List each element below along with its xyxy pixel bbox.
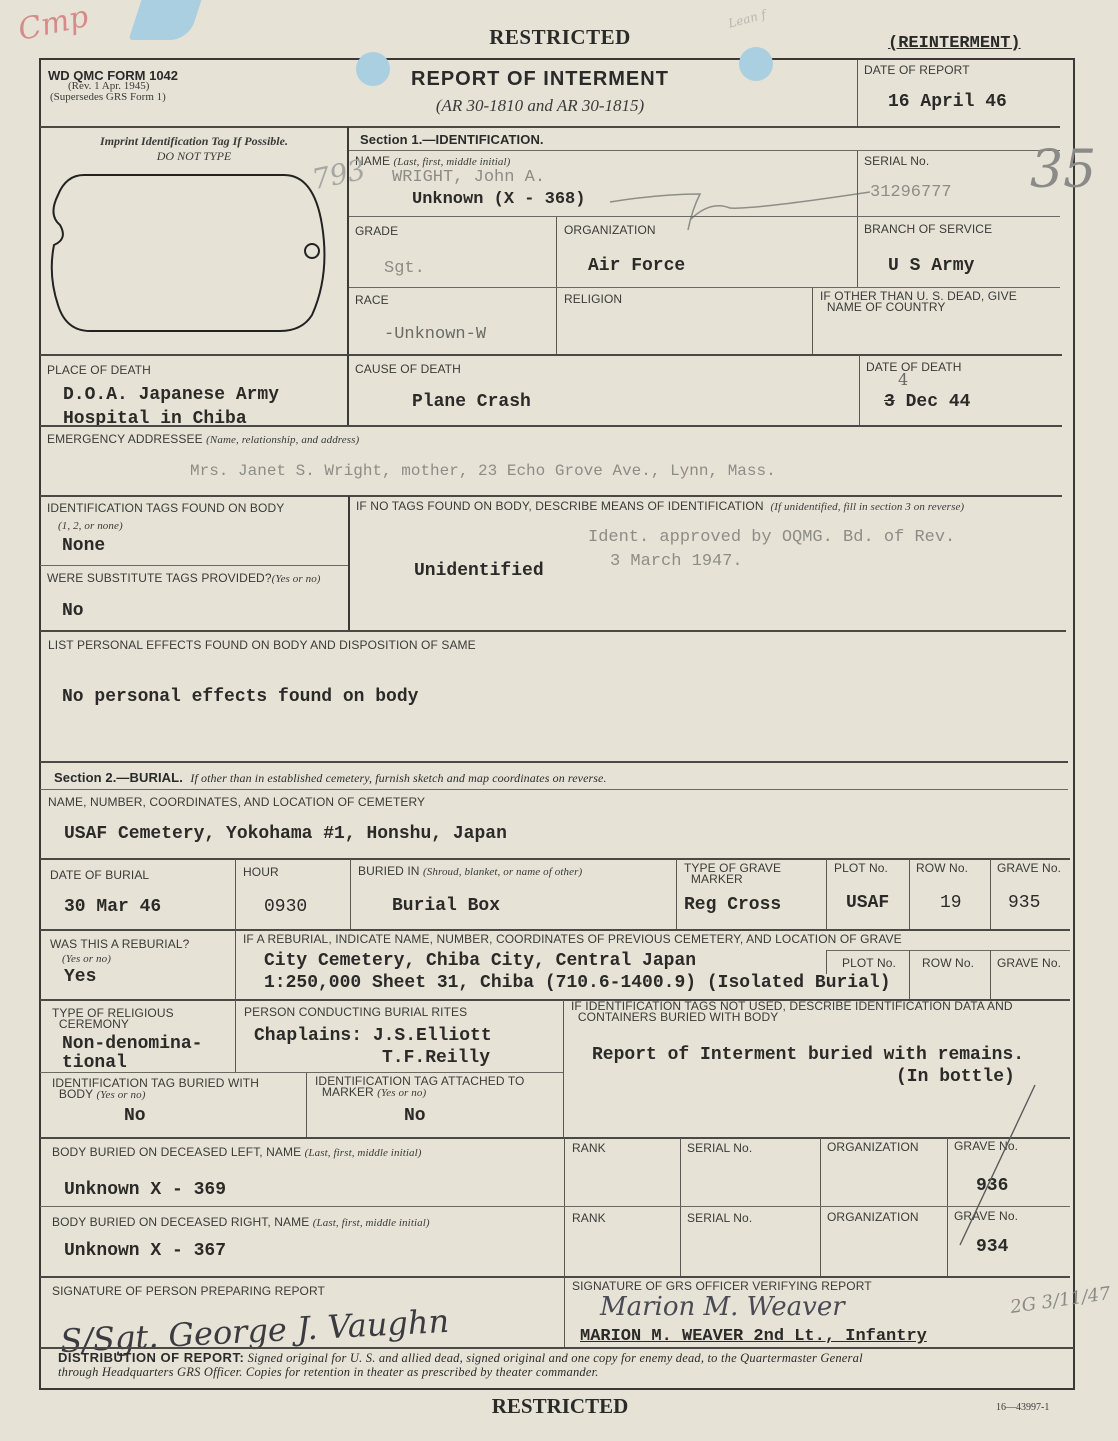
divider [347, 355, 349, 425]
footer-restricted-stamp: RESTRICTED [450, 1394, 670, 1419]
divider [857, 151, 858, 217]
divider [235, 930, 236, 1000]
divider [349, 150, 1060, 151]
tags-found-hint: (1, 2, or none) [58, 519, 123, 532]
cemetery-label: NAME, NUMBER, COORDINATES, AND LOCATION … [48, 796, 425, 808]
date-of-death-value: 3 Dec 44 [884, 391, 970, 413]
religion-label: RELIGION [564, 293, 622, 305]
grave-marker-value: Reg Cross [684, 894, 781, 916]
date-of-death-correction: 4 [898, 370, 908, 389]
distribution-label: DISTRIBUTION OF REPORT: [58, 1350, 244, 1365]
previous-grave-label: GRAVE No. [997, 957, 1061, 969]
divider [563, 1000, 564, 1138]
tag-marker-label: IDENTIFICATION TAG ATTACHED TO MARKER (Y… [315, 1076, 524, 1099]
emergency-addressee-label: EMERGENCY ADDRESSEE (Name, relationship,… [47, 433, 359, 446]
hour-label: HOUR [243, 866, 279, 878]
grade-label: GRADE [355, 225, 398, 237]
reburial-hint: (Yes or no) [62, 952, 111, 965]
place-of-death-label: PLACE OF DEATH [47, 364, 151, 376]
divider [556, 217, 557, 355]
right-margin-number: 35 [1030, 140, 1096, 200]
divider [680, 1138, 681, 1276]
serial-value: 31296777 [870, 182, 952, 204]
officer-typed-name: MARION M. WEAVER 2nd Lt., Infantry [580, 1326, 927, 1348]
divider [826, 950, 1070, 951]
divider [909, 950, 910, 1000]
hour-value: 0930 [264, 896, 307, 918]
reburial-label: WAS THIS A REBURIAL? [50, 938, 189, 950]
plot-value: USAF [846, 892, 889, 914]
ceremony-value-line2: tional [62, 1052, 127, 1074]
divider [40, 126, 1060, 128]
burial-rites-value-line2: T.F.Reilly [382, 1047, 490, 1069]
cause-of-death-value: Plane Crash [412, 391, 531, 413]
tag-marker-value: No [404, 1105, 426, 1127]
divider [349, 216, 1060, 217]
divider [40, 354, 1062, 356]
id-data-value-line1: Report of Interment buried with remains. [592, 1044, 1024, 1066]
previous-cemetery-line1: City Cemetery, Chiba City, Central Japan [264, 950, 696, 972]
date-of-report-label: DATE OF REPORT [864, 64, 970, 76]
divider [40, 425, 1062, 427]
organization-value: Air Force [588, 255, 685, 277]
cause-of-death-label: CAUSE OF DEATH [355, 363, 461, 375]
burial-rites-value-line1: Chaplains: J.S.Elliott [254, 1025, 492, 1047]
cemetery-value: USAF Cemetery, Yokohama #1, Honshu, Japa… [64, 823, 507, 845]
divider [990, 950, 991, 1000]
divider [859, 355, 860, 425]
date-of-death-label: DATE OF DEATH [866, 361, 962, 373]
divider [857, 60, 858, 126]
divider [947, 1138, 948, 1276]
tags-found-value: None [62, 535, 105, 557]
substitute-tags-value: No [62, 600, 84, 622]
grave-label: GRAVE No. [997, 862, 1061, 874]
name-value-unknown: Unknown (X - 368) [412, 189, 585, 211]
plot-label: PLOT No. [834, 862, 888, 874]
divider [564, 1138, 565, 1276]
divider [40, 630, 1066, 632]
form-supersedes: (Supersedes GRS Form 1) [50, 91, 166, 103]
previous-plot-label: PLOT No. [842, 957, 896, 969]
divider [826, 859, 827, 929]
branch-value: U S Army [888, 255, 974, 277]
race-value: -Unknown-W [384, 324, 486, 346]
divider [857, 217, 858, 287]
divider [40, 1137, 1070, 1139]
form-title: REPORT OF INTERMENT [340, 68, 740, 91]
officer-signature: Marion M. Weaver [600, 1292, 845, 1322]
grave-marker-label: TYPE OF GRAVE MARKER [684, 863, 781, 885]
form-subtitle: (AR 30-1810 and AR 30-1815) [340, 96, 740, 116]
distribution-text: DISTRIBUTION OF REPORT: Signed original … [58, 1351, 1070, 1379]
header-restricted-stamp: RESTRICTED [470, 25, 650, 50]
right-body-org-label: ORGANIZATION [827, 1211, 919, 1223]
personal-effects-label: LIST PERSONAL EFFECTS FOUND ON BODY AND … [48, 639, 476, 651]
previous-row-label: ROW No. [922, 957, 974, 969]
divider [40, 495, 1062, 497]
divider [990, 859, 991, 929]
divider [40, 565, 348, 566]
section2-heading: Section 2.—BURIAL. If other than in esta… [54, 772, 607, 784]
previous-cemetery-line2: 1:250,000 Sheet 31, Chiba (710.6-1400.9)… [264, 972, 891, 994]
divider [909, 859, 910, 929]
reburial-value: Yes [64, 966, 96, 988]
divider [350, 859, 351, 929]
form-print-code: 16—43997-1 [996, 1402, 1049, 1413]
pencil-slash-mark [950, 1080, 1040, 1250]
serial-label: SERIAL No. [864, 155, 929, 167]
id-data-label: IF IDENTIFICATION TAGS NOT USED, DESCRIB… [571, 1001, 1013, 1023]
organization-label: ORGANIZATION [564, 224, 656, 236]
grave-value: 935 [1008, 892, 1040, 914]
left-body-rank-label: RANK [572, 1142, 606, 1154]
divider [40, 761, 1068, 763]
divider [676, 859, 677, 929]
right-body-label: BODY BURIED ON DECEASED RIGHT, NAME (Las… [52, 1216, 430, 1229]
punch-hole-right [739, 47, 773, 81]
dog-tag-outline-icon [44, 165, 336, 337]
divider [812, 288, 813, 355]
race-label: RACE [355, 294, 389, 306]
means-note-line1: Ident. approved by OQMG. Bd. of Rev. [588, 527, 955, 549]
handwritten-cmp-note: Cmp [15, 0, 91, 48]
buried-in-value: Burial Box [392, 895, 500, 917]
personal-effects-value: No personal effects found on body [62, 686, 418, 708]
burial-rites-label: PERSON CONDUCTING BURIAL RITES [244, 1006, 467, 1018]
distribution-line2: through Headquarters GRS Officer. Copies… [58, 1365, 599, 1379]
tag-buried-label: IDENTIFICATION TAG BURIED WITH BODY (Yes… [52, 1078, 259, 1101]
divider [40, 1347, 1074, 1349]
divider [564, 1277, 565, 1347]
place-of-death-line1: D.O.A. Japanese Army [63, 384, 279, 406]
right-body-name: Unknown X - 367 [64, 1240, 226, 1262]
country-label: IF OTHER THAN U. S. DEAD, GIVE NAME OF C… [820, 291, 1017, 313]
section1-heading: Section 1.—IDENTIFICATION. [360, 134, 544, 146]
date-of-burial-label: DATE OF BURIAL [50, 869, 149, 881]
divider [40, 858, 1070, 860]
ceremony-label: TYPE OF RELIGIOUS CEREMONY [52, 1008, 174, 1030]
tags-found-label: IDENTIFICATION TAGS FOUND ON BODY [47, 502, 284, 514]
previous-cemetery-label: IF A REBURIAL, INDICATE NAME, NUMBER, CO… [243, 933, 902, 945]
buried-in-label: BURIED IN (Shroud, blanket, or name of o… [358, 865, 582, 878]
means-note-line2: 3 March 1947. [610, 551, 743, 573]
reinterment-stamp: (REINTERMENT) [888, 34, 1021, 53]
tag-imprint-instruction: Imprint Identification Tag If Possible. [40, 134, 348, 149]
branch-label: BRANCH OF SERVICE [864, 223, 992, 235]
substitute-tags-label: WERE SUBSTITUTE TAGS PROVIDED?(Yes or no… [47, 572, 321, 585]
grade-value: Sgt. [384, 258, 425, 280]
divider [348, 496, 350, 630]
divider [235, 859, 236, 929]
name-value: WRIGHT, John A. [392, 167, 545, 189]
divider [40, 929, 1070, 931]
divider [40, 789, 1068, 790]
tag-buried-value: No [124, 1105, 146, 1127]
divider [820, 1138, 821, 1276]
means-of-identification-label: IF NO TAGS FOUND ON BODY, DESCRIBE MEANS… [356, 500, 964, 513]
tag-imprint-do-not-type: DO NOT TYPE [40, 149, 348, 164]
row-value: 19 [940, 892, 962, 914]
divider [349, 287, 1060, 288]
divider [306, 1073, 307, 1138]
date-of-report-value: 16 April 46 [888, 91, 1007, 113]
divider [40, 1206, 1070, 1207]
blue-tape-mark [129, 0, 202, 40]
divider [826, 950, 827, 974]
left-body-name: Unknown X - 369 [64, 1179, 226, 1201]
means-of-identification-value: Unidentified [414, 560, 544, 582]
row-label: ROW No. [916, 862, 968, 874]
right-body-serial-label: SERIAL No. [687, 1212, 752, 1224]
left-body-serial-label: SERIAL No. [687, 1142, 752, 1154]
preparer-signature-label: SIGNATURE OF PERSON PREPARING REPORT [52, 1285, 325, 1297]
right-body-rank-label: RANK [572, 1212, 606, 1224]
distribution-line1: Signed original for U. S. and allied dea… [248, 1351, 863, 1365]
date-of-burial-value: 30 Mar 46 [64, 896, 161, 918]
left-body-org-label: ORGANIZATION [827, 1141, 919, 1153]
left-body-label: BODY BURIED ON DECEASED LEFT, NAME (Last… [52, 1146, 422, 1159]
divider [235, 1000, 236, 1072]
handwritten-top-note: Lean f [727, 7, 768, 30]
emergency-addressee-value: Mrs. Janet S. Wright, mother, 23 Echo Gr… [190, 460, 776, 482]
officer-signature-label: SIGNATURE OF GRS OFFICER VERIFYING REPOR… [572, 1280, 872, 1292]
divider [40, 1072, 563, 1073]
divider [40, 1276, 1070, 1278]
